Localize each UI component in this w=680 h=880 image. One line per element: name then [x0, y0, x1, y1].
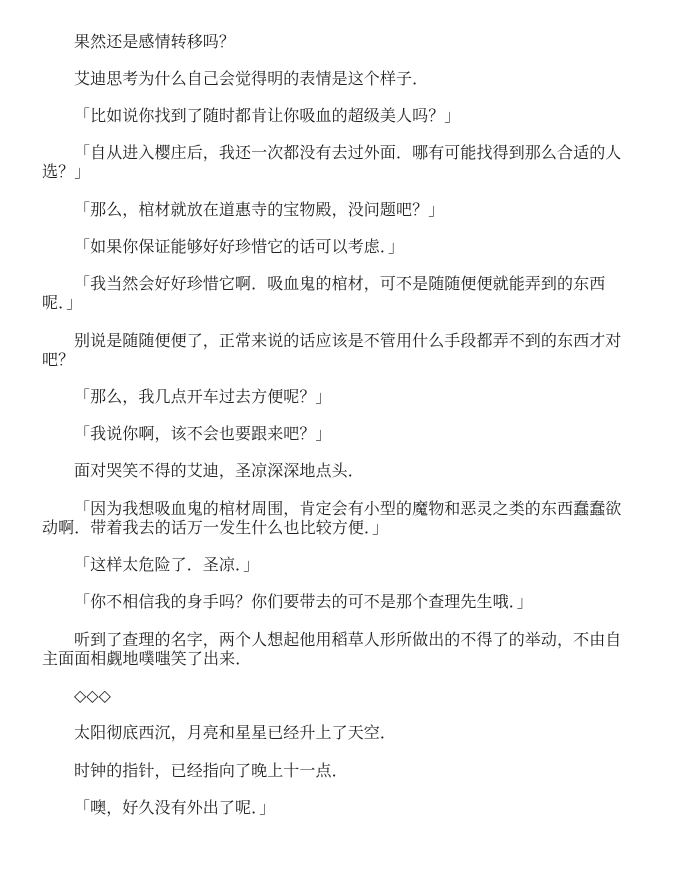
dialogue-paragraph: 「你不相信我的身手吗？你们要带去的可不是那个查理先生哦．」 — [42, 592, 624, 611]
paragraph-line: 「如果你保证能够好好珍惜它的话可以考虑．」 — [42, 237, 624, 256]
dialogue-paragraph: 「因为我想吸血鬼的棺材周围，肯定会有小型的魔物和恶灵之类的东西蠢蠢欲 动啊．带着… — [42, 499, 624, 537]
paragraph-line: 艾迪思考为什么自己会觉得明的表情是这个样子． — [42, 69, 624, 88]
paragraph: 太阳彻底西沉，月亮和星星已经升上了天空． — [42, 723, 624, 742]
paragraph-line: 呢．」 — [42, 293, 624, 312]
paragraph: 时钟的指针，已经指向了晚上十一点． — [42, 761, 624, 780]
paragraph-line: 别说是随随便便了，正常来说的话应该是不管用什么手段都弄不到的东西才对 — [42, 331, 624, 350]
dialogue-paragraph: 「那么，棺材就放在道惠寺的宝物殿，没问题吧？」 — [42, 200, 624, 219]
paragraph-line: 主面面相觑地噗嗤笑了出来． — [42, 649, 624, 668]
section-separator: ◇◇◇ — [42, 686, 624, 705]
paragraph: 听到了查理的名字，两个人想起他用稻草人形所做出的不得了的举动，不由自 主面面相觑… — [42, 630, 624, 668]
paragraph: 面对哭笑不得的艾迪，圣凉深深地点头． — [42, 461, 624, 480]
paragraph-line: 「因为我想吸血鬼的棺材周围，肯定会有小型的魔物和恶灵之类的东西蠢蠢欲 — [42, 499, 624, 518]
paragraph-line: 动啊．带着我去的话万一发生什么也比较方便．」 — [42, 518, 624, 537]
document-page: 果然还是感情转移吗？ 艾迪思考为什么自己会觉得明的表情是这个样子． 「比如说你找… — [42, 32, 624, 836]
paragraph-line: 「自从进入樱庄后，我还一次都没有去过外面．哪有可能找得到那么合适的人 — [42, 143, 624, 162]
paragraph: 果然还是感情转移吗？ — [42, 32, 624, 51]
paragraph-line: 时钟的指针，已经指向了晚上十一点． — [42, 761, 624, 780]
paragraph-line: 「这样太危险了．圣凉．」 — [42, 555, 624, 574]
dialogue-paragraph: 「那么，我几点开车过去方便呢？」 — [42, 387, 624, 406]
dialogue-paragraph: 「噢，好久没有外出了呢．」 — [42, 798, 624, 817]
paragraph-line: 「那么，棺材就放在道惠寺的宝物殿，没问题吧？」 — [42, 200, 624, 219]
paragraph-line: 听到了查理的名字，两个人想起他用稻草人形所做出的不得了的举动，不由自 — [42, 630, 624, 649]
dialogue-paragraph: 「比如说你找到了随时都肯让你吸血的超级美人吗？」 — [42, 106, 624, 125]
dialogue-paragraph: 「这样太危险了．圣凉．」 — [42, 555, 624, 574]
paragraph-line: 「那么，我几点开车过去方便呢？」 — [42, 387, 624, 406]
dialogue-paragraph: 「自从进入樱庄后，我还一次都没有去过外面．哪有可能找得到那么合适的人 选？」 — [42, 143, 624, 181]
dialogue-paragraph: 「如果你保证能够好好珍惜它的话可以考虑．」 — [42, 237, 624, 256]
paragraph-line: 果然还是感情转移吗？ — [42, 32, 624, 51]
paragraph-line: 「我说你啊，该不会也要跟来吧？」 — [42, 424, 624, 443]
paragraph-line: 吧？ — [42, 350, 624, 369]
paragraph-line: 「我当然会好好珍惜它啊．吸血鬼的棺材，可不是随随便便就能弄到的东西 — [42, 274, 624, 293]
paragraph-line: 「比如说你找到了随时都肯让你吸血的超级美人吗？」 — [42, 106, 624, 125]
paragraph-line: 「你不相信我的身手吗？你们要带去的可不是那个查理先生哦．」 — [42, 592, 624, 611]
diamond-separator-icon: ◇◇◇ — [42, 686, 624, 705]
paragraph: 艾迪思考为什么自己会觉得明的表情是这个样子． — [42, 69, 624, 88]
paragraph-line: 「噢，好久没有外出了呢．」 — [42, 798, 624, 817]
paragraph-line: 选？」 — [42, 162, 624, 181]
paragraph-line: 太阳彻底西沉，月亮和星星已经升上了天空． — [42, 723, 624, 742]
dialogue-paragraph: 「我当然会好好珍惜它啊．吸血鬼的棺材，可不是随随便便就能弄到的东西 呢．」 — [42, 274, 624, 312]
paragraph: 别说是随随便便了，正常来说的话应该是不管用什么手段都弄不到的东西才对 吧？ — [42, 331, 624, 369]
dialogue-paragraph: 「我说你啊，该不会也要跟来吧？」 — [42, 424, 624, 443]
paragraph-line: 面对哭笑不得的艾迪，圣凉深深地点头． — [42, 461, 624, 480]
